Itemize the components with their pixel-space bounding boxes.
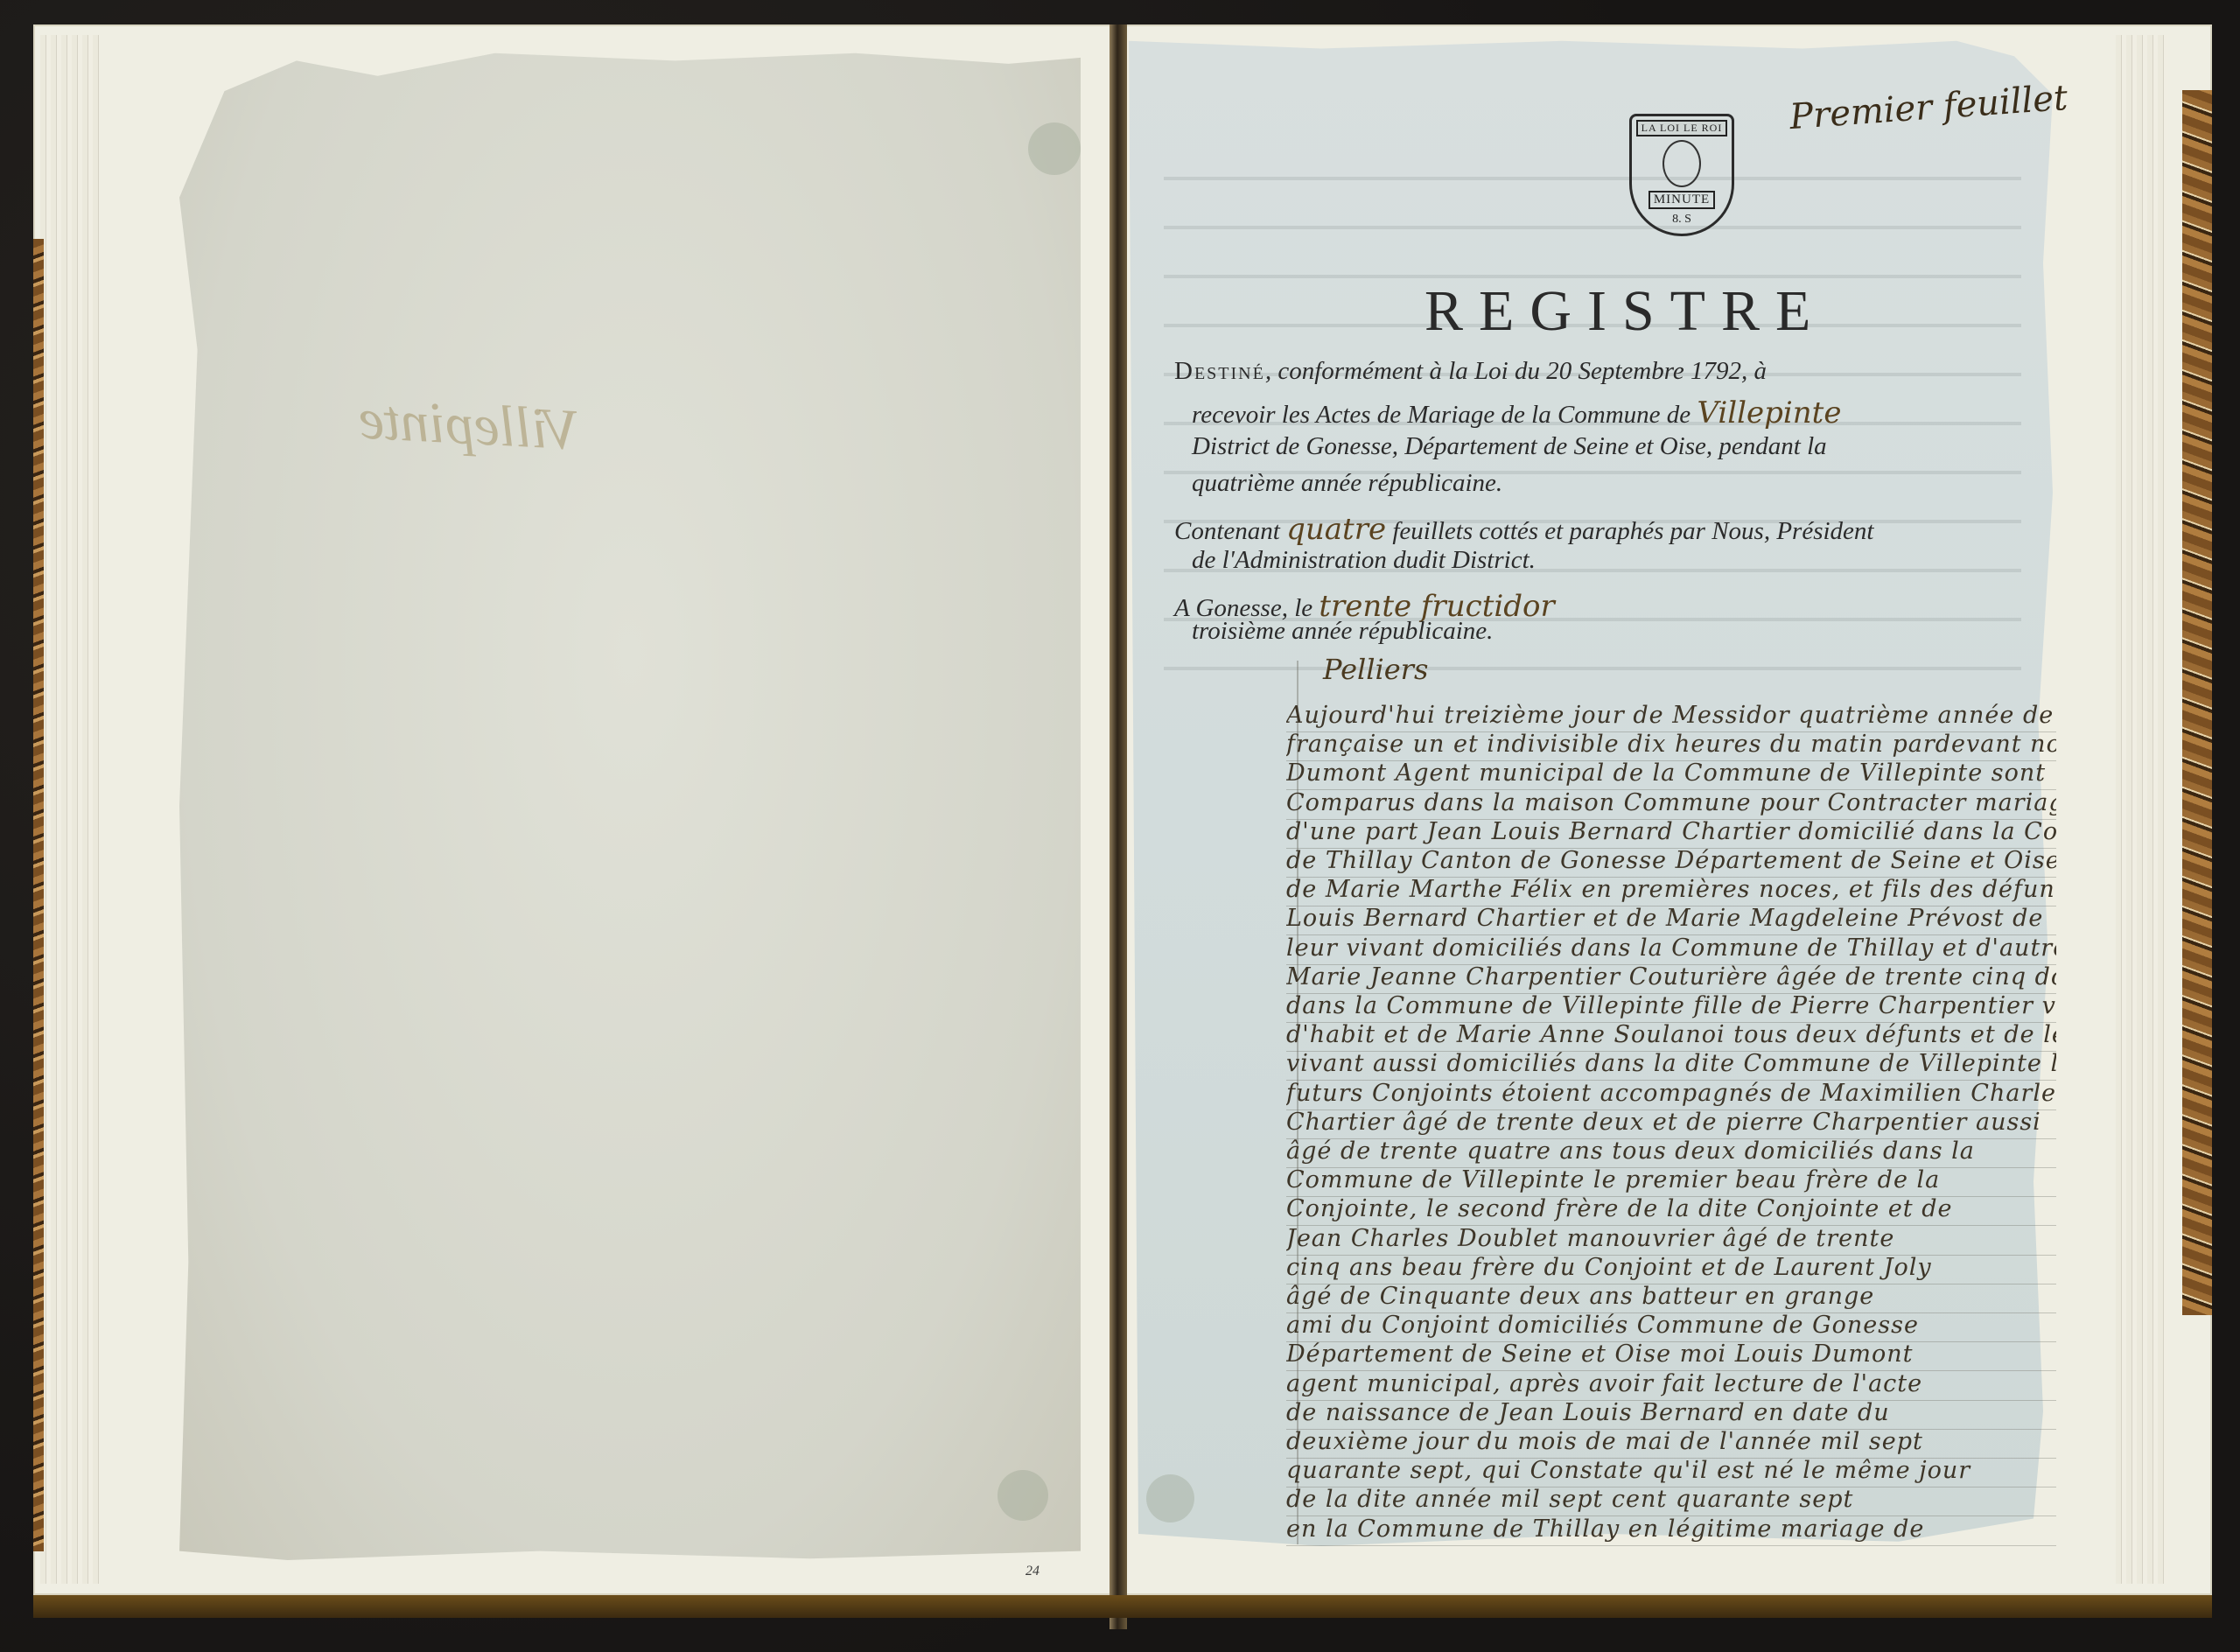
- right-page-edges: [2116, 35, 2168, 1584]
- entry-line: Comparus dans la maison Commune pour Con…: [1286, 787, 2056, 820]
- stamp-band: LA LOI LE ROI: [1636, 120, 1728, 136]
- entry-line: Marie Jeanne Charpentier Couturière âgée…: [1286, 962, 2056, 994]
- water-stain: [997, 1470, 1048, 1521]
- entry-line: quarante sept, qui Constate qu'il est né…: [1286, 1455, 2056, 1487]
- president-signature: Pelliers: [1323, 653, 1428, 686]
- entry-line: dans la Commune de Villepinte fille de P…: [1286, 990, 2056, 1023]
- bleed-through-text: Villepinte: [357, 386, 580, 464]
- entry-line: Chartier âgé de trente deux et de pierre…: [1286, 1107, 2056, 1139]
- entry-line: âgé de Cinquante deux ans batteur en gra…: [1286, 1281, 2056, 1313]
- entry-line: de Thillay Canton de Gonesse Département…: [1286, 845, 2056, 878]
- water-stain: [1028, 122, 1081, 175]
- entry-line: Département de Seine et Oise moi Louis D…: [1286, 1339, 2056, 1371]
- left-sheet-verso: [179, 45, 1081, 1566]
- entry-line: en la Commune de Thillay en légitime mar…: [1286, 1514, 2056, 1546]
- entry-line: Commune de Villepinte le premier beau fr…: [1286, 1165, 2056, 1197]
- entry-line: Jean Charles Doublet manouvrier âgé de t…: [1286, 1223, 2056, 1256]
- entry-line: de la dite année mil sept cent quarante …: [1286, 1484, 2056, 1516]
- form-line-1: Destiné, conformément à la Loi du 20 Sep…: [1174, 357, 1767, 386]
- marbled-cover-right: [2182, 90, 2212, 1315]
- entry-line: de Marie Marthe Félix en premières noces…: [1286, 874, 2056, 906]
- stamp-code: 8. S: [1672, 213, 1691, 227]
- tax-stamp: LA LOI LE ROI MINUTE 8. S: [1629, 114, 1734, 236]
- form-line-4: quatrième année républicaine.: [1192, 469, 1502, 498]
- stamp-figure-icon: [1662, 140, 1701, 187]
- entry-line: cinq ans beau frère du Conjoint et de La…: [1286, 1252, 2056, 1284]
- handwritten-count: quatre: [1286, 512, 1386, 547]
- entry-line: de naissance de Jean Louis Bernard en da…: [1286, 1397, 2056, 1430]
- water-stain: [1146, 1474, 1194, 1522]
- form-line-8: troisième année républicaine.: [1192, 617, 1493, 646]
- entry-line: Dumont Agent municipal de la Commune de …: [1286, 758, 2056, 790]
- book-bottom-edge: [33, 1595, 2212, 1618]
- book-spine: [1109, 24, 1127, 1629]
- entry-line: vivant aussi domiciliés dans la dite Com…: [1286, 1048, 2056, 1081]
- marbled-cover-left: [33, 239, 44, 1551]
- left-page-edges: [40, 35, 100, 1584]
- form-line-2: recevoir les Actes de Mariage de la Comm…: [1192, 395, 1841, 430]
- document-title: REGISTRE: [1424, 278, 1826, 345]
- entry-line: française un et indivisible dix heures d…: [1286, 729, 2056, 761]
- entry-line: agent municipal, après avoir fait lectur…: [1286, 1368, 2056, 1401]
- entry-line: Aujourd'hui treizième jour de Messidor q…: [1286, 700, 2056, 732]
- entry-line: âgé de trente quatre ans tous deux domic…: [1286, 1136, 2056, 1168]
- entry-line: d'une part Jean Louis Bernard Chartier d…: [1286, 816, 2056, 849]
- form-line-3: District de Gonesse, Département de Sein…: [1192, 432, 1827, 461]
- handwritten-commune: Villepinte: [1697, 395, 1841, 430]
- entry-line: d'habit et de Marie Anne Soulanoi tous d…: [1286, 1019, 2056, 1052]
- entry-line: ami du Conjoint domiciliés Commune de Go…: [1286, 1310, 2056, 1342]
- entry-line: futurs Conjoints étoient accompagnés de …: [1286, 1078, 2056, 1110]
- stamp-label: MINUTE: [1648, 191, 1715, 209]
- form-line-5: Contenant quatre feuillets cottés et par…: [1174, 512, 1873, 547]
- entry-line: deuxième jour du mois de mai de l'année …: [1286, 1426, 2056, 1459]
- entry-line: Conjointe, le second frère de la dite Co…: [1286, 1193, 2056, 1226]
- form-line-6: de l'Administration dudit District.: [1192, 546, 1536, 575]
- entry-line: leur vivant domiciliés dans la Commune d…: [1286, 933, 2056, 965]
- entry-line: Louis Bernard Chartier et de Marie Magde…: [1286, 903, 2056, 935]
- page-number: 24: [1025, 1564, 1039, 1579]
